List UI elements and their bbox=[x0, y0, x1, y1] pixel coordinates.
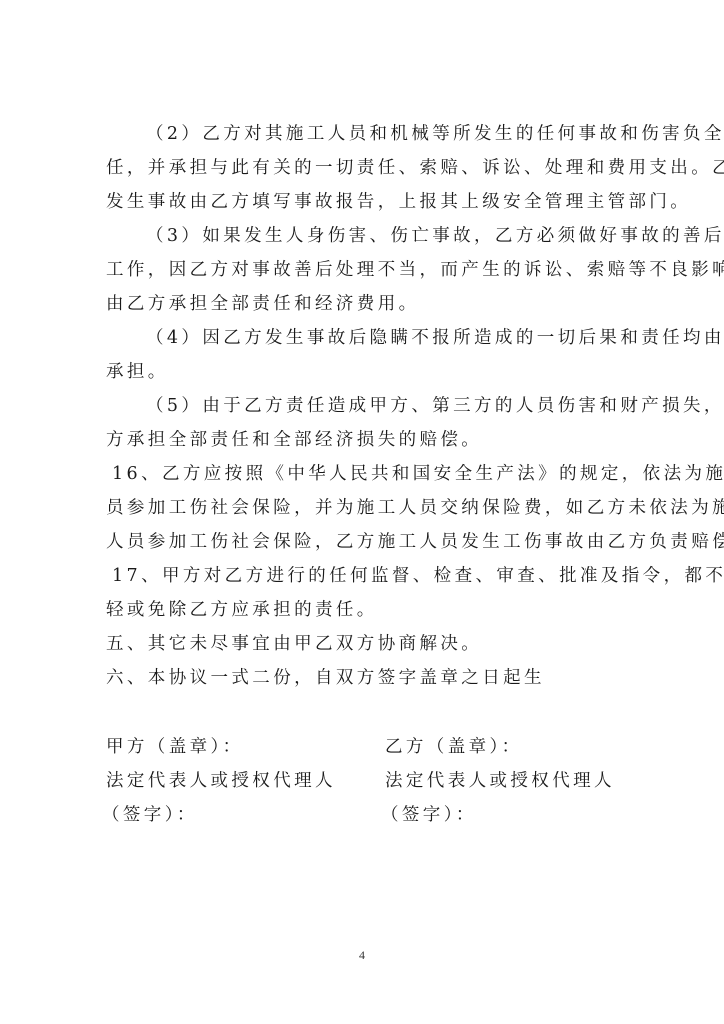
article-16-line-1: 16、乙方应按照《中华人民共和国安全生产法》的规定，依法为施工人 bbox=[112, 463, 724, 485]
party-b-seal: 乙方（盖章）： bbox=[385, 736, 523, 758]
party-a-representative: 法定代表人或授权代理人 bbox=[106, 770, 336, 792]
section-6: 六、本协议一式二份，自双方签字盖章之日起生 bbox=[106, 667, 545, 689]
article-16-line-2: 员参加工伤社会保险，并为施工人员交纳保险费，如乙方未依法为施工 bbox=[106, 497, 724, 519]
clause-4-line-1: （4）因乙方发生事故后隐瞒不报所造成的一切后果和责任均由乙方 bbox=[146, 327, 724, 349]
clause-3-line-2: 工作，因乙方对事故善后处理不当，而产生的诉讼、索赔等不良影响， bbox=[106, 259, 724, 281]
document-page: （2）乙方对其施工人员和机械等所发生的任何事故和伤害负全部责 任，并承担与此有关… bbox=[0, 0, 724, 1024]
party-b-signature: （签字）： bbox=[381, 804, 477, 826]
clause-5-line-1: （5）由于乙方责任造成甲方、第三方的人员伤害和财产损失，由乙 bbox=[146, 395, 724, 417]
article-16-line-3: 人员参加工伤社会保险，乙方施工人员发生工伤事故由乙方负责赔偿。 bbox=[106, 531, 724, 553]
article-17-line-2: 轻或免除乙方应承担的责任。 bbox=[106, 599, 378, 621]
section-5: 五、其它未尽事宜由甲乙双方协商解决。 bbox=[106, 633, 482, 655]
clause-2-line-2: 任，并承担与此有关的一切责任、索赔、诉讼、处理和费用支出。乙方 bbox=[106, 157, 724, 179]
clause-3-line-3: 由乙方承担全部责任和经济费用。 bbox=[106, 293, 420, 315]
clause-3-line-1: （3）如果发生人身伤害、伤亡事故，乙方必须做好事故的善后处理 bbox=[146, 225, 724, 247]
party-b-representative: 法定代表人或授权代理人 bbox=[385, 770, 615, 792]
clause-2-line-1: （2）乙方对其施工人员和机械等所发生的任何事故和伤害负全部责 bbox=[146, 123, 724, 145]
party-a-seal: 甲方（盖章）： bbox=[106, 736, 244, 758]
page-number: 4 bbox=[0, 948, 724, 963]
party-a-signature: （签字）： bbox=[102, 804, 198, 826]
clause-5-line-2: 方承担全部责任和全部经济损失的赔偿。 bbox=[106, 429, 482, 451]
clause-4-line-2: 承担。 bbox=[106, 361, 169, 383]
article-17-line-1: 17、甲方对乙方进行的任何监督、检查、审查、批准及指令，都不能减 bbox=[112, 565, 724, 587]
clause-2-line-3: 发生事故由乙方填写事故报告，上报其上级安全管理主管部门。 bbox=[106, 191, 691, 213]
